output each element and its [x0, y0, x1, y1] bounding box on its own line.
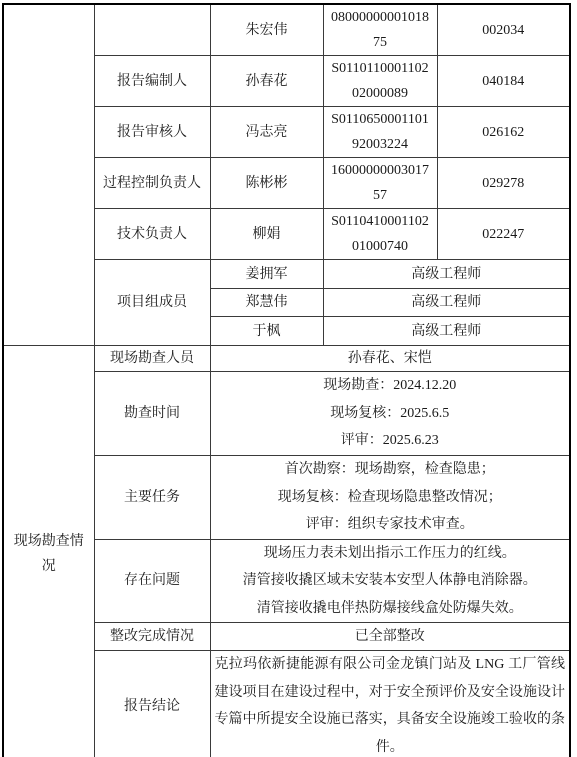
- member-title: 高级工程师: [323, 260, 570, 289]
- survey-time-line: 现场勘查：2024.12.20: [215, 372, 566, 400]
- issue-line: 现场压力表未划出指示工作压力的红线。: [215, 540, 566, 568]
- cert-no: S011041000110201000740: [330, 209, 430, 259]
- member-name: 郑慧伟: [210, 289, 323, 317]
- issues-value: 现场压力表未划出指示工作压力的红线。 清管接收撬区域未安装本安型人体静电消除器。…: [210, 539, 570, 623]
- main-tasks-value: 首次勘察：现场勘察，检查隐患； 现场复核：检查现场隐患整改情况； 评审：组织专家…: [210, 456, 570, 540]
- cert-no: S011065000110192003224: [330, 107, 430, 157]
- site-survey-section-label: 现场勘查情况: [3, 346, 94, 757]
- main-task-line: 首次勘察：现场勘察，检查隐患；: [215, 456, 566, 484]
- reg-no-cell: 026162: [437, 107, 570, 158]
- report-personnel-table: 朱宏伟 0800000000101875 002034 报告编制人 孙春花 S0…: [2, 3, 571, 757]
- reg-no-cell: 029278: [437, 158, 570, 209]
- project-members-label: 项目组成员: [94, 260, 210, 346]
- surveyors-row: 现场勘查情况 现场勘查人员 孙春花、宋恺: [3, 346, 570, 372]
- name-cell: 陈彬彬: [210, 158, 323, 209]
- member-title: 高级工程师: [323, 317, 570, 346]
- reg-no-cell: 022247: [437, 209, 570, 260]
- issues-label: 存在问题: [94, 539, 210, 623]
- reg-no-cell: 040184: [437, 56, 570, 107]
- role-cell: 报告审核人: [94, 107, 210, 158]
- name-cell: 孙春花: [210, 56, 323, 107]
- cert-no-cell: S011065000110192003224: [323, 107, 437, 158]
- personnel-row: 朱宏伟 0800000000101875 002034: [3, 4, 570, 56]
- role-cell: [94, 4, 210, 56]
- main-task-line: 评审：组织专家技术审查。: [215, 511, 566, 539]
- main-tasks-label: 主要任务: [94, 456, 210, 540]
- cert-no: 1600000000301757: [330, 158, 430, 208]
- cert-no-cell: S011011000110202000089: [323, 56, 437, 107]
- cert-no-cell: 1600000000301757: [323, 158, 437, 209]
- conclusion-line: 件。: [215, 734, 566, 757]
- cert-no-cell: 0800000000101875: [323, 4, 437, 56]
- cert-no: 0800000000101875: [330, 5, 430, 55]
- survey-time-line: 评审：2025.6.23: [215, 427, 566, 455]
- surveyors-value: 孙春花、宋恺: [210, 346, 570, 372]
- reg-no-cell: 002034: [437, 4, 570, 56]
- issue-line: 清管接收撬电伴热防爆接线盒处防爆失效。: [215, 595, 566, 623]
- name-cell: 柳娟: [210, 209, 323, 260]
- role-cell: 过程控制负责人: [94, 158, 210, 209]
- survey-time-label: 勘查时间: [94, 372, 210, 456]
- section-label-cell-continued: [3, 4, 94, 346]
- member-title: 高级工程师: [323, 289, 570, 317]
- surveyors-label: 现场勘查人员: [94, 346, 210, 372]
- name-cell: 朱宏伟: [210, 4, 323, 56]
- survey-time-value: 现场勘查：2024.12.20 现场复核：2025.6.5 评审：2025.6.…: [210, 372, 570, 456]
- conclusion-line: 克拉玛依新捷能源有限公司金龙镇门站及 LNG 工厂管线: [215, 651, 566, 679]
- rectification-label: 整改完成情况: [94, 623, 210, 651]
- issue-line: 清管接收撬区域未安装本安型人体静电消除器。: [215, 567, 566, 595]
- cert-no-cell: S011041000110201000740: [323, 209, 437, 260]
- conclusion-label: 报告结论: [94, 651, 210, 757]
- conclusion-line: 建设项目在建设过程中，对于安全预评价及安全设施设计: [215, 679, 566, 707]
- member-name: 姜拥军: [210, 260, 323, 289]
- conclusion-line: 专篇中所提安全设施已落实，具备安全设施竣工验收的条: [215, 706, 566, 734]
- rectification-value: 已全部整改: [210, 623, 570, 651]
- cert-no: S011011000110202000089: [330, 56, 430, 106]
- member-name: 于枫: [210, 317, 323, 346]
- role-cell: 技术负责人: [94, 209, 210, 260]
- main-task-line: 现场复核：检查现场隐患整改情况；: [215, 484, 566, 512]
- survey-time-line: 现场复核：2025.6.5: [215, 400, 566, 428]
- conclusion-value: 克拉玛依新捷能源有限公司金龙镇门站及 LNG 工厂管线 建设项目在建设过程中，对…: [210, 651, 570, 757]
- name-cell: 冯志亮: [210, 107, 323, 158]
- role-cell: 报告编制人: [94, 56, 210, 107]
